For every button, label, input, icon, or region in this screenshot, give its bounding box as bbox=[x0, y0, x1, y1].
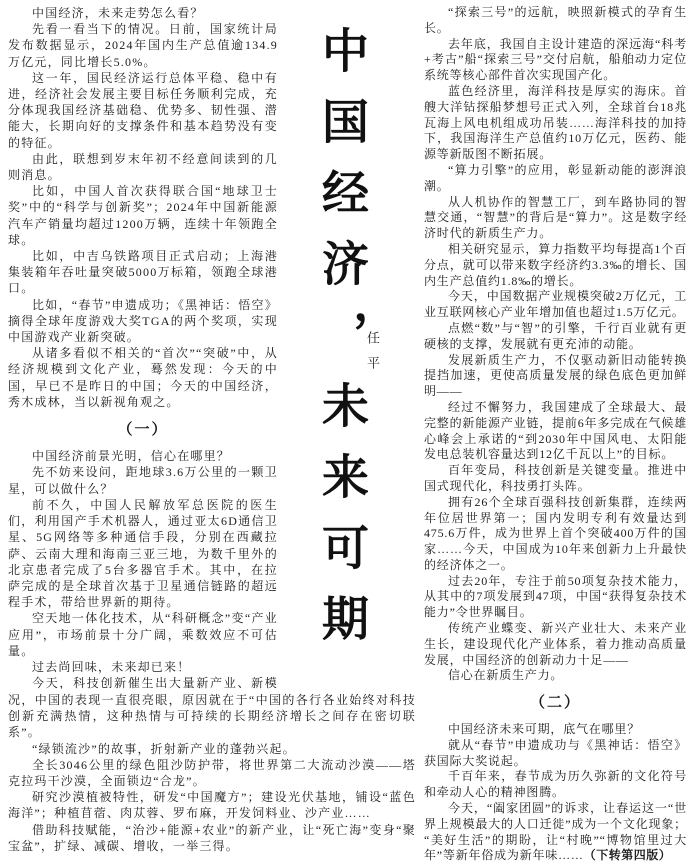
newspaper-page: 中国经济，未来走势怎么看？先看一看当下的情况。日前，国家统计局发布数据显示，20… bbox=[0, 0, 690, 866]
article-paragraph: 比如，“春节”申遗成功；《黑神话：悟空》摘得全球年度游戏大奖TGA的两个奖项，实… bbox=[8, 297, 278, 346]
article-paragraph: 先看一看当下的情况。日前，国家统计局发布数据显示，2024年国内生产总值逾134… bbox=[8, 21, 278, 70]
article-paragraph: 中国经济前景光明，信心在哪里？ bbox=[8, 448, 278, 464]
article-paragraph: 今天，“阖家团圆”的诉求，让春运这一“世界上规模最大的人口迁徙”成为一个文化现象… bbox=[424, 801, 687, 863]
article-paragraph: 过去20年，专注于前50项复杂技术能力，从其中的7项发展到47项，中国“获得复杂… bbox=[424, 574, 687, 621]
left-column-lower: 况，中国的表现一直很亮眼，原因就在于“中国的各行各业始终对科技创新充满热情，这种… bbox=[8, 692, 416, 864]
section-heading: （二） bbox=[424, 696, 687, 712]
article-paragraph: “算力引擎”的应用，彰显新动能的澎湃浪潮。 bbox=[424, 163, 687, 195]
article-paragraph: 先不妨来设问，距地球3.6万公里的一颗卫星，可以做什么？ bbox=[8, 464, 278, 496]
article-paragraph: 比如，中国人首次获得联合国“地球卫士奖”中的“科学与创新奖”；2024年中国新能… bbox=[8, 183, 278, 248]
article-paragraph: 比如，中吉乌铁路项目正式启动；上海港集装箱年吞吐量突破5000万标箱，领跑全球港… bbox=[8, 248, 278, 297]
article-paragraph: 今天，科技创新催生出大量新产业、新模式、新动能，科技进步对我国经济增长贡献率超过… bbox=[8, 675, 278, 689]
article-paragraph: “探索三号”的远航，映照新模式的孕育生长。 bbox=[424, 5, 687, 37]
continued-on-page-note: （下转第四版） bbox=[584, 848, 672, 862]
article-paragraph: 前不久，中国人民解放军总医院的医生们，利用国产手术机器人，通过亚太6D通信卫星、… bbox=[8, 497, 278, 610]
article-paragraph: 就从“春节”申遗成功与《黑神话：悟空》获国际大奖说起。 bbox=[424, 738, 687, 770]
article-paragraph: “绿锁流沙”的故事，折射新产业的蓬勃兴起。 bbox=[8, 741, 416, 757]
article-paragraph: 今天，中国数据产业规模突破2万亿元，工业互联网核心产业年增加值也超过1.5万亿元… bbox=[424, 289, 687, 321]
article-paragraph: 拥有26个全球百强科技创新集群，连续两年位居世界第一；国内发明专利有效量达到47… bbox=[424, 495, 687, 574]
article-paragraph: 发展新质生产力，不仅驱动新旧动能转换提挡加速，更使高质量发展的绿色底色更加鲜明—… bbox=[424, 353, 687, 400]
article-paragraph: 这一年，国民经济运行总体平稳、稳中有进，经济社会发展主要目标任务顺利完成，充分体… bbox=[8, 70, 278, 151]
article-paragraph: 空天地一体化技术，从“科研概念”变“产业应用”，市场前景十分广阔，乘数效应不可估… bbox=[8, 610, 278, 659]
article-paragraph: 蓝色经济里，海洋科技是厚实的海床。首艘大洋钻探船梦想号正式入列，全球首台18兆瓦… bbox=[424, 84, 687, 163]
section-heading: （一） bbox=[8, 422, 278, 438]
article-paragraph: 点燃“数”与“智”的引擎，千行百业就有更硬核的支撑，发展就有更充沛的动能。 bbox=[424, 321, 687, 353]
article-paragraph: 经过不懈努力，我国建成了全球最大、最完整的新能源产业链，提前6年多完成在气候雄心… bbox=[424, 400, 687, 463]
article-paragraph: 过去尚回味，未来却已来！ bbox=[8, 659, 278, 675]
article-paragraph: 相关研究显示，算力指数平均每提高1个百分点，就可以带来数字经济约3.3‰的增长、… bbox=[424, 242, 687, 289]
article-paragraph: 传统产业蝶变、新兴产业壮大、未来产业生长，建设现代化产业体系，着力推动高质量发展… bbox=[424, 621, 687, 668]
article-paragraph: 百年变局，科技创新是关键变量。推进中国式现代化，科技勇打头阵。 bbox=[424, 463, 687, 495]
article-paragraph: 从人机协作的智慧工厂，到车路协同的智慧交通，“智慧”的背后是“算力”。这是数字经… bbox=[424, 195, 687, 242]
article-paragraph: 中国经济未来可期，底气在哪里？ bbox=[424, 722, 687, 738]
article-paragraph: 借助科技赋能，“治沙+能源+农业”的新产业，让“死亡海”变身“聚宝盆”，扩绿、减… bbox=[8, 822, 416, 854]
article-author: 任平 bbox=[363, 331, 382, 381]
article-paragraph: 去年底，我国自主设计建造的深远海“科考+考古”船“探索三号”交付启航，船舶动力定… bbox=[424, 37, 687, 84]
right-column: “探索三号”的远航，映照新模式的孕育生长。去年底，我国自主设计建造的深远海“科考… bbox=[424, 5, 687, 863]
article-paragraph: 研究沙漠植被特性，研发“中国魔方”；建设光伏基地，铺设“蓝色海洋”；种植苜蓿、肉… bbox=[8, 789, 416, 821]
article-paragraph: 中国经济，未来走势怎么看？ bbox=[8, 5, 278, 21]
article-paragraph: 全长3046公里的绿色阻沙防护带，将世界第二大流动沙漠——塔克拉玛干沙漠，全面锁… bbox=[8, 757, 416, 789]
article-paragraph: 况，中国的表现一直很亮眼，原因就在于“中国的各行各业始终对科技创新充满热情，这种… bbox=[8, 692, 416, 741]
article-paragraph: 千百年来，春节成为历久弥新的文化符号和牵动人心的精神图腾。 bbox=[424, 769, 687, 801]
article-paragraph: 信心在新质生产力。 bbox=[424, 668, 687, 684]
left-column-upper: 中国经济，未来走势怎么看？先看一看当下的情况。日前，国家统计局发布数据显示，20… bbox=[8, 5, 278, 689]
article-paragraph: 从诸多看似不相关的“首次”“突破”中，从经济规模到文化产业，蓦然发现：今天的中国… bbox=[8, 345, 278, 410]
article-paragraph: 由此，联想到岁末年初不经意间读到的几则消息。 bbox=[8, 151, 278, 183]
